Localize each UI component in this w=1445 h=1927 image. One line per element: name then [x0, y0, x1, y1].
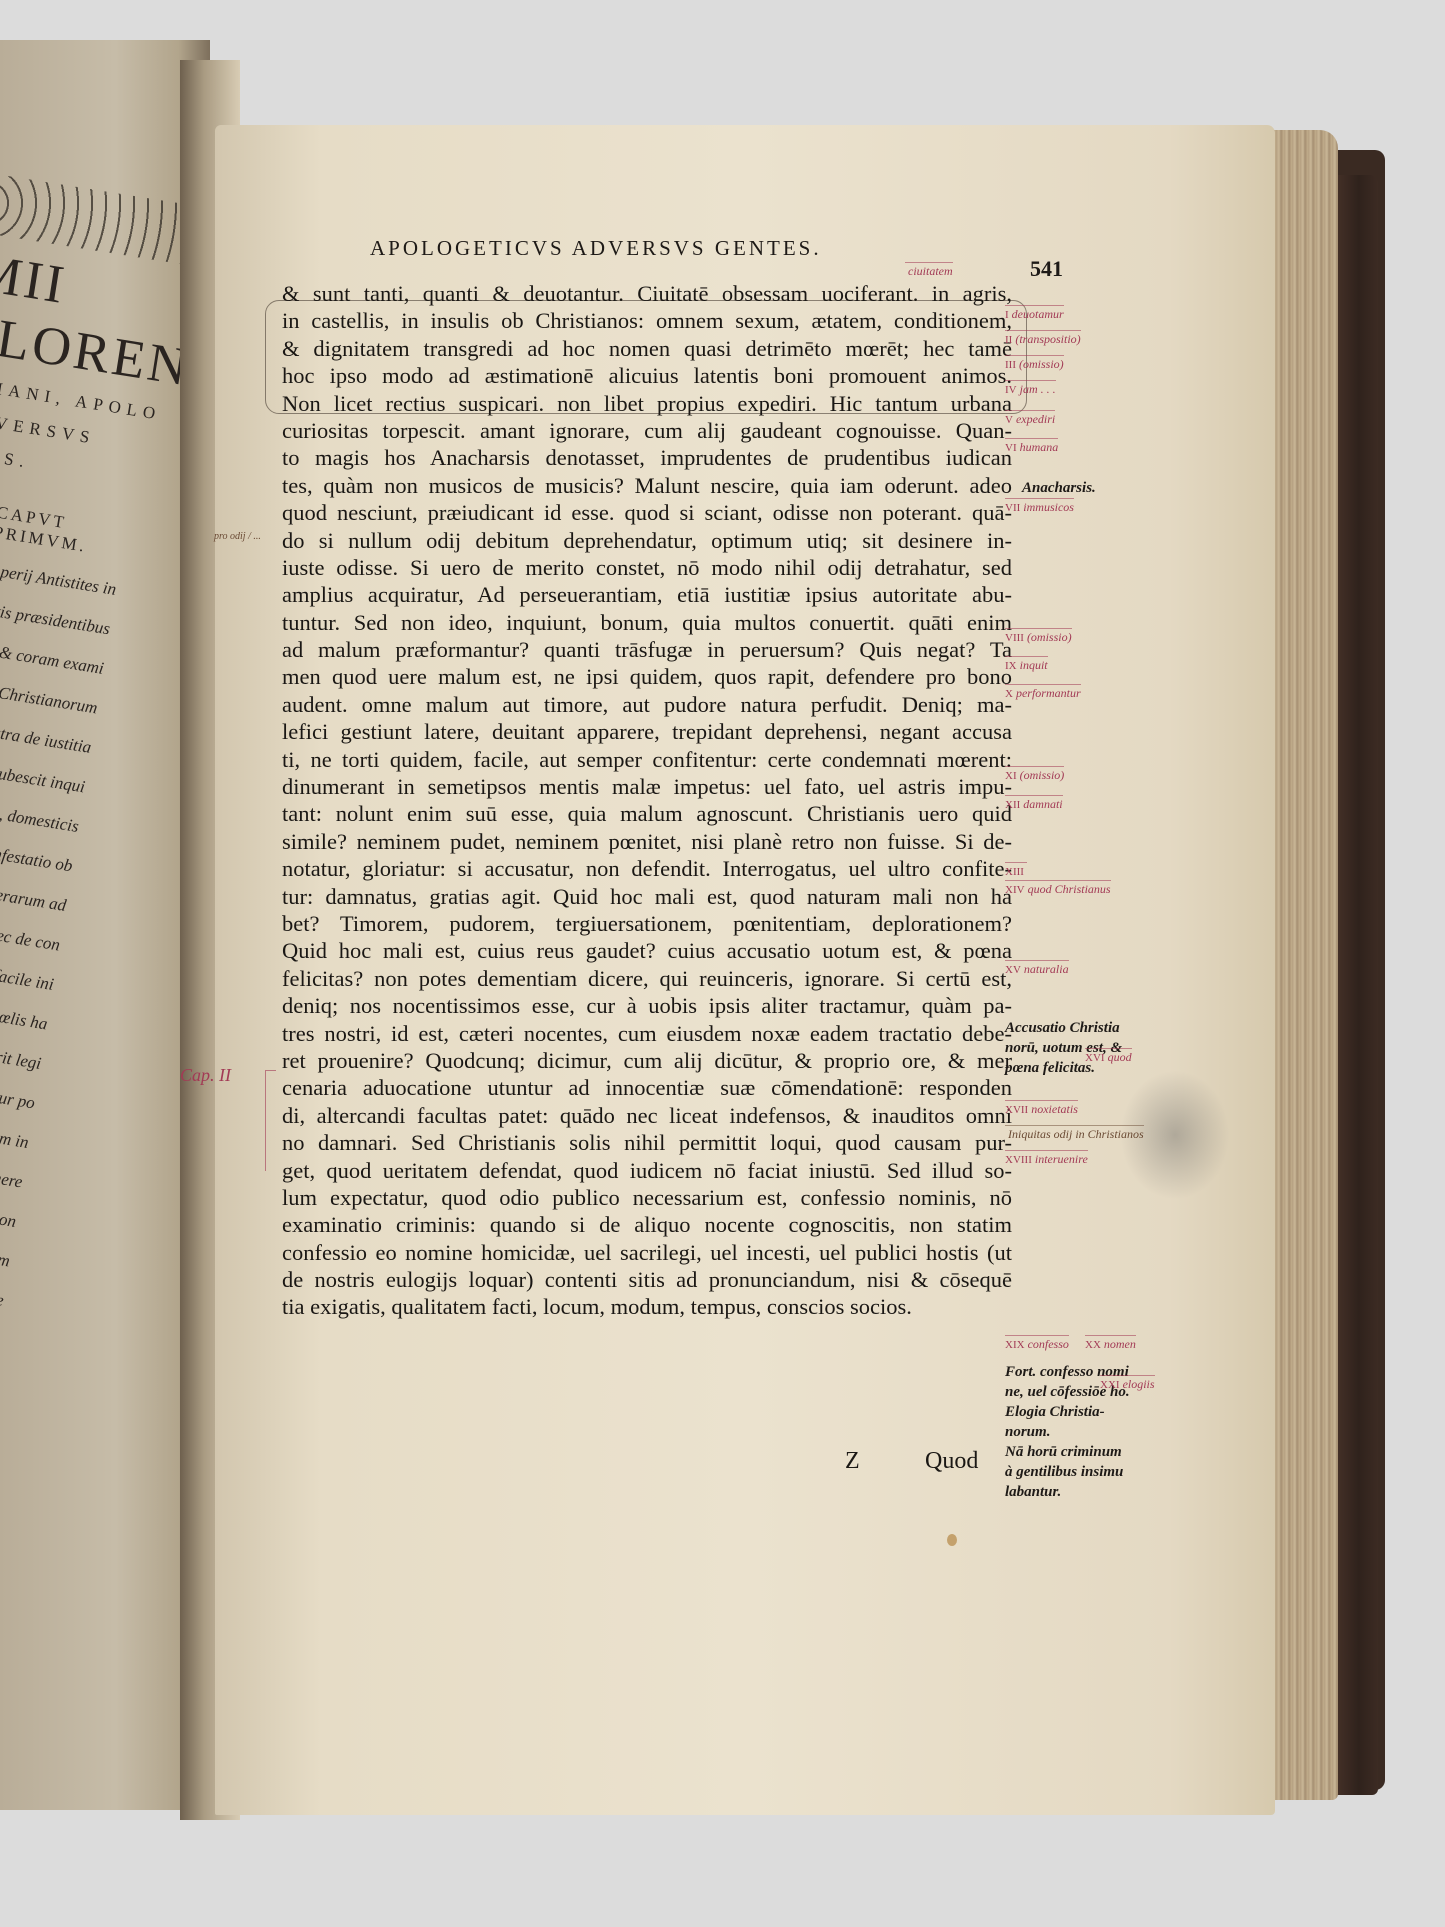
text-line: lefici gestiunt latere, deuitant apparer…: [282, 718, 1012, 745]
handwritten-note: VIhumana: [1005, 438, 1058, 455]
text-line: tes, quàm non musicos de musicis? Malunt…: [282, 472, 1012, 499]
handwritten-note: XVIquod: [1085, 1048, 1132, 1065]
left-page: MII FLOREN LLIANI, APOLO ADVERSVS NTES. …: [0, 40, 210, 1810]
text-line: dinumerant in semetipsos mentis malæ imp…: [282, 773, 1012, 800]
note-number: I: [1005, 309, 1009, 321]
note-number: XXI: [1100, 1379, 1120, 1391]
left-margin-note: pro odij / ...: [214, 530, 261, 543]
note-text: damnati: [1023, 797, 1062, 811]
note-text: immusicos: [1023, 500, 1074, 514]
handwritten-note: XVIIIinteruenire: [1005, 1150, 1088, 1167]
signature-mark: Z: [845, 1448, 860, 1475]
handwritten-note: XI(omissio): [1005, 766, 1064, 783]
handwritten-note: Vexpediri: [1005, 410, 1055, 427]
text-line: simile? neminem pudet, neminem pœnitet, …: [282, 828, 1012, 855]
note-number: X: [1005, 688, 1013, 700]
text-line: to magis hos Anacharsis denotasset, impr…: [282, 444, 1012, 471]
note-number: VIII: [1005, 632, 1024, 644]
note-text: deuotamur: [1012, 307, 1064, 321]
page-edges: [1268, 130, 1338, 1800]
note-text: humana: [1020, 440, 1059, 454]
note-number: II: [1005, 334, 1012, 346]
handwritten-note: ciuitatem: [905, 262, 953, 279]
text-line: tres nostri, id est, cæteri nocentes, cu…: [282, 1020, 1012, 1047]
note-line: norum.: [1005, 1422, 1130, 1442]
note-number: VI: [1005, 442, 1017, 454]
note-text: inquit: [1020, 658, 1048, 672]
text-line: & dignitatem transgredi ad hoc nomen qua…: [282, 335, 1012, 362]
note-text: naturalia: [1024, 962, 1069, 976]
note-text: expediri: [1016, 412, 1055, 426]
handwritten-note: XIIdamnati: [1005, 795, 1063, 812]
handwritten-note: Ideuotamur: [1005, 305, 1064, 322]
handwritten-note: XXIelogiis: [1100, 1375, 1155, 1392]
left-page-text: licet uobis Romani Imperij Antistites in…: [0, 537, 149, 1799]
text-line: ti, ne torti quidem, facile, aut semper …: [282, 746, 1012, 773]
handwritten-note: XVnaturalia: [1005, 960, 1069, 977]
handwritten-note: XIII: [1005, 862, 1027, 879]
note-text: ciuitatem: [908, 264, 953, 278]
text-line: confessio eo nomine homicidæ, uel sacril…: [282, 1239, 1012, 1266]
text-line: audent. omne malum aut timore, aut pudor…: [282, 691, 1012, 718]
note-text: Iniquitas odij in Christianos: [1008, 1127, 1144, 1141]
note-number: XVIII: [1005, 1154, 1032, 1166]
text-line: no damnari. Sed Christianis solis nihil …: [282, 1129, 1012, 1156]
note-text: (transpositio): [1015, 332, 1080, 346]
text-line: iuste odisse. Si uero de merito constet,…: [282, 554, 1012, 581]
note-number: V: [1005, 414, 1013, 426]
text-line: cenaria aduocatione utuntur ad innocenti…: [282, 1074, 1012, 1101]
note-number: VII: [1005, 502, 1020, 514]
text-line: in castellis, in insulis ob Christianos:…: [282, 307, 1012, 334]
note-text: nomen: [1104, 1337, 1136, 1351]
paper-stain: [947, 1534, 957, 1546]
catchword: Quod: [925, 1448, 978, 1475]
text-line: amplius acquiratur, Ad perseuerantiam, e…: [282, 581, 1012, 608]
handwritten-note: IXinquit: [1005, 656, 1048, 673]
handwritten-note: VIIimmusicos: [1005, 498, 1074, 515]
note-number: IX: [1005, 660, 1017, 672]
note-text: (omissio): [1027, 630, 1072, 644]
left-page-title: MII FLOREN: [0, 240, 196, 397]
note-text: noxietatis: [1031, 1102, 1078, 1116]
note-number: XX: [1085, 1339, 1101, 1351]
note-number: XII: [1005, 799, 1020, 811]
note-number: XIX: [1005, 1339, 1025, 1351]
note-number: XI: [1005, 770, 1017, 782]
handwritten-note: IVjam . . .: [1005, 380, 1056, 397]
note-line: à gentilibus insimu: [1005, 1462, 1130, 1482]
note-number: XIV: [1005, 884, 1025, 896]
text-line: tia exigatis, qualitatem facti, locum, m…: [282, 1293, 1012, 1320]
text-line: examinatio criminis: quando si de aliquo…: [282, 1211, 1012, 1238]
note-line: Anacharsis.: [1022, 478, 1096, 498]
handwritten-note: Iniquitas odij in Christianos: [1005, 1125, 1144, 1142]
note-text: quod Christianus: [1028, 882, 1111, 896]
text-line: bet? Timorem, pudorem, tergiuersationem,…: [282, 910, 1012, 937]
handwritten-note: VIII(omissio): [1005, 628, 1072, 645]
note-line: Elogia Christia-: [1005, 1402, 1130, 1422]
note-text: performantur: [1016, 686, 1081, 700]
note-text: (omissio): [1020, 768, 1065, 782]
chapter-marker: Cap. II: [180, 1065, 231, 1086]
note-line: Accusatio Christia: [1005, 1018, 1122, 1038]
text-line: lum expectatur, quod odio publico necess…: [282, 1184, 1012, 1211]
printed-note-anacharsis: Anacharsis.: [1022, 478, 1096, 498]
running-head: APOLOGETICVS ADVERSVS GENTES.: [370, 236, 822, 261]
note-number: IV: [1005, 384, 1017, 396]
handwritten-note: Xperformantur: [1005, 684, 1081, 701]
text-line: ad malum præformantur? quanti trāsfugæ i…: [282, 636, 1012, 663]
text-line: hoc ipso modo ad æstimationē alicuius la…: [282, 362, 1012, 389]
note-text: jam . . .: [1020, 382, 1056, 396]
text-line: tur: damnatus, gratias agit. Quid hoc ma…: [282, 883, 1012, 910]
handwritten-note: XIVquod Christianus: [1005, 880, 1111, 897]
text-line: Non licet rectius suspicari. non libet p…: [282, 390, 1012, 417]
chapter-bracket: [265, 1070, 276, 1171]
text-line: di, altercandi facultas patet: quādo nec…: [282, 1102, 1012, 1129]
handwritten-note: II(transpositio): [1005, 330, 1081, 347]
note-text: elogiis: [1123, 1377, 1155, 1391]
text-line: curiositas torpescit. amant ignorare, cu…: [282, 417, 1012, 444]
text-line: do si nullum odij debitum deprehendatur,…: [282, 527, 1012, 554]
text-line: tant: nolunt enim suū esse, quia malum a…: [282, 800, 1012, 827]
text-line: quod nesciunt, præiudicant id esse. quod…: [282, 499, 1012, 526]
main-text-block: & sunt tanti, quanti & deuotantur. Ciuit…: [282, 280, 1012, 1321]
note-text: (omissio): [1019, 357, 1064, 371]
note-text: interuenire: [1035, 1152, 1088, 1166]
note-number: XV: [1005, 964, 1021, 976]
page-number: 541: [1030, 256, 1063, 282]
note-number: XIII: [1005, 866, 1024, 878]
text-line: Quid hoc mali est, cuius reus gaudet? cu…: [282, 937, 1012, 964]
note-number: XVII: [1005, 1104, 1028, 1116]
note-line: labantur.: [1005, 1482, 1130, 1502]
note-text: quod: [1108, 1050, 1132, 1064]
left-page-content: MII FLOREN LLIANI, APOLO ADVERSVS NTES. …: [0, 170, 207, 1800]
text-line: tuntur. Sed non ideo, inquiunt, bonum, q…: [282, 609, 1012, 636]
note-number: XVI: [1085, 1052, 1105, 1064]
text-line: notatur, gloriatur: si accusatur, non de…: [282, 855, 1012, 882]
handwritten-note: XVIInoxietatis: [1005, 1100, 1078, 1117]
text-line: men quod uere malum est, ne ipsi quidem,…: [282, 663, 1012, 690]
handwritten-note: XIXconfesso: [1005, 1335, 1069, 1352]
text-line: felicitas? non potes dementiam dicere, q…: [282, 965, 1012, 992]
text-line: ret prouenire? Quodcunq; dicimur, cum al…: [282, 1047, 1012, 1074]
text-line: deniq; nos nocentissimos esse, cur à uob…: [282, 992, 1012, 1019]
text-line: de nostris eulogijs loquar) contenti sit…: [282, 1266, 1012, 1293]
note-line: Nā horū criminum: [1005, 1442, 1130, 1462]
text-line: & sunt tanti, quanti & deuotantur. Ciuit…: [282, 280, 1012, 307]
note-number: III: [1005, 359, 1016, 371]
note-text: confesso: [1028, 1337, 1069, 1351]
text-line: get, quod ueritatem defendat, quod iudic…: [282, 1157, 1012, 1184]
handwritten-note: III(omissio): [1005, 355, 1064, 372]
handwritten-note: XXnomen: [1085, 1335, 1136, 1352]
